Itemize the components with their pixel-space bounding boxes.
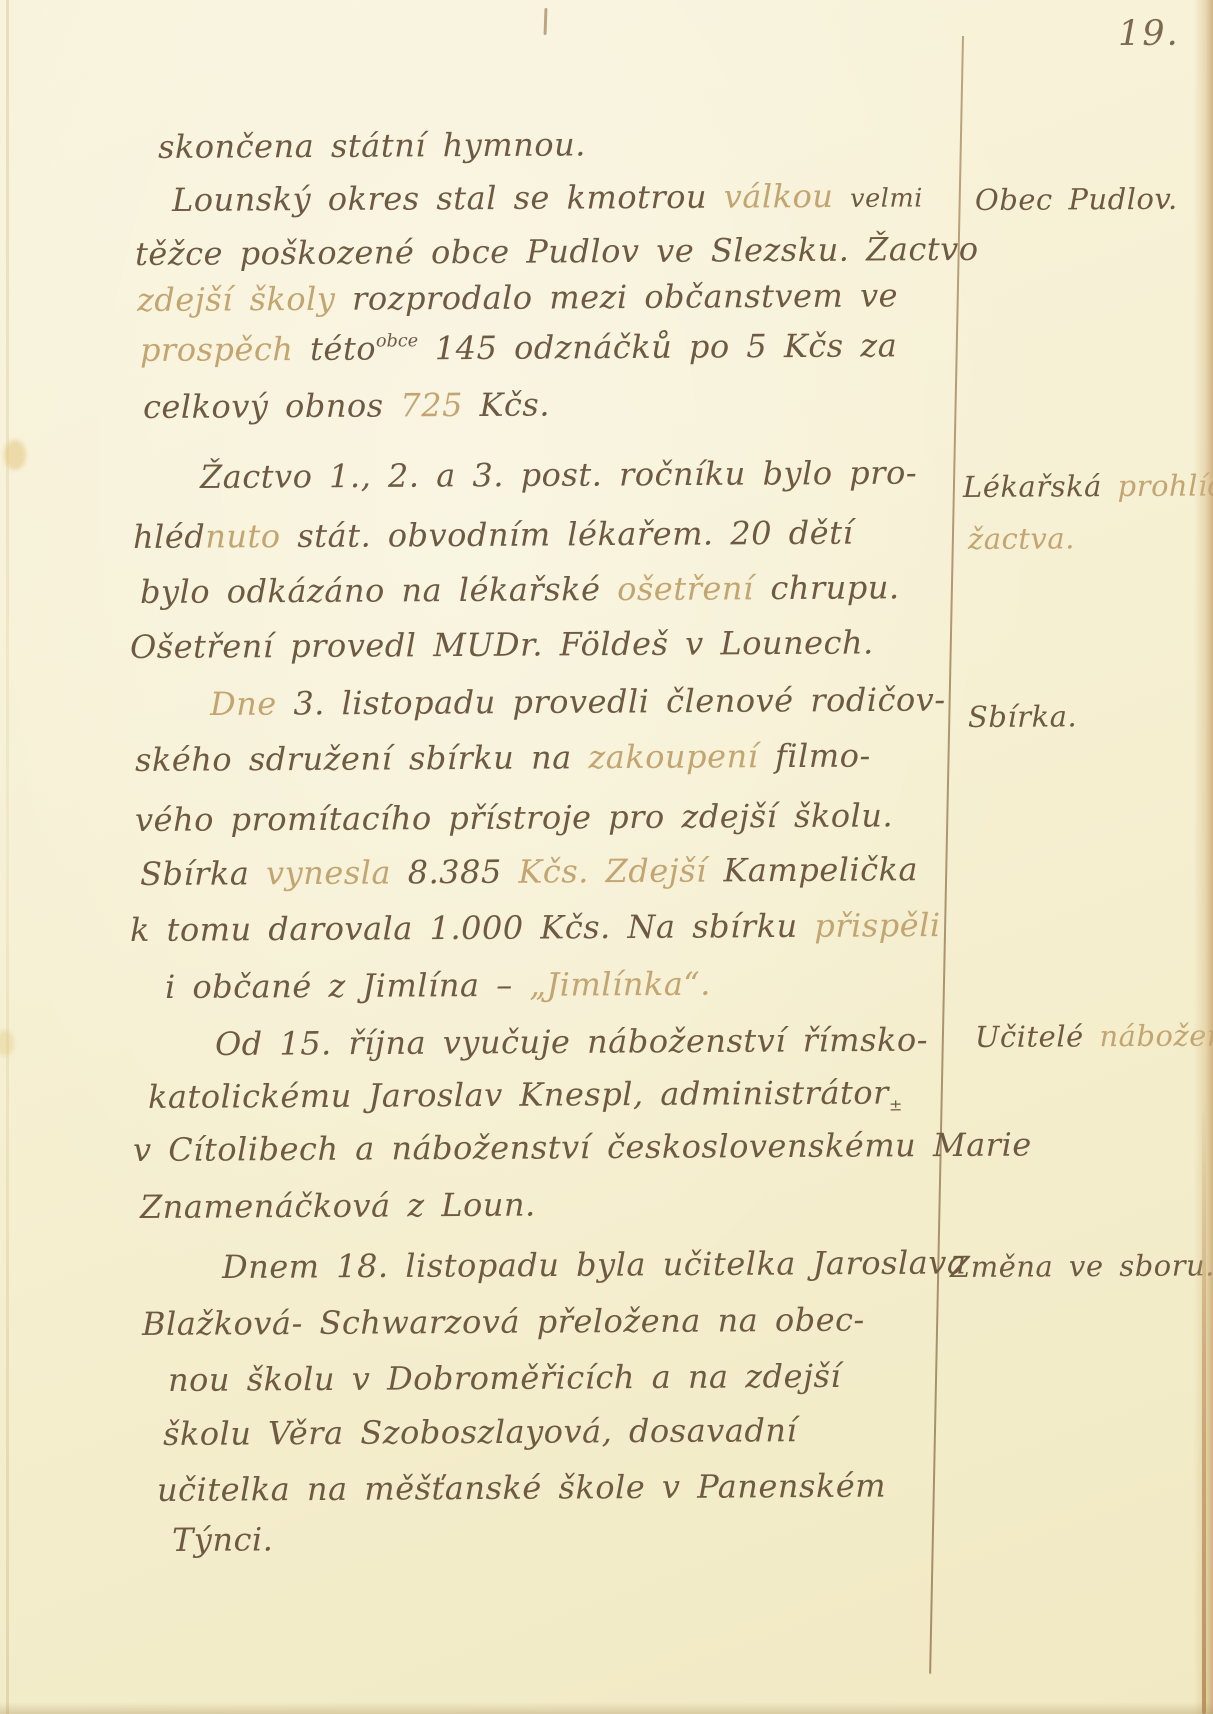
text-line: Ošetření provedl MUDr. Földeš v Lounech. bbox=[130, 623, 874, 666]
text-segment: těžce poškozené obce Pudlov ve Slezsku. … bbox=[135, 230, 979, 273]
text-segment: ošetření bbox=[617, 569, 770, 608]
text-line: ského sdružení sbírku na zakoupení filmo… bbox=[135, 737, 871, 779]
text-segment: 725 bbox=[400, 386, 479, 424]
text-segment: žactva. bbox=[968, 521, 1075, 556]
text-line: Sbírka vynesla 8.385 Kčs. Zdejší Kampeli… bbox=[140, 850, 918, 893]
text-segment: velmi bbox=[850, 183, 923, 213]
paper-left-crease bbox=[6, 0, 9, 1714]
text-segment: ského sdružení sbírku na bbox=[135, 738, 589, 779]
text-segment: Žactvo 1., 2. a 3. post. ročníku bylo pr… bbox=[200, 454, 917, 496]
text-segment: zdejší školy bbox=[137, 280, 352, 319]
text-segment: Lékařská bbox=[963, 469, 1118, 504]
text-segment: „Jimlínka“. bbox=[529, 965, 711, 1004]
text-segment: celkový obnos bbox=[143, 386, 401, 426]
text-segment: Dne bbox=[210, 684, 294, 723]
text-segment: 3. listopadu provedli členové rodičov- bbox=[293, 681, 945, 723]
text-segment: Znamenáčková z Loun. bbox=[140, 1186, 536, 1226]
text-segment: přispěli bbox=[814, 906, 941, 945]
margin-note: Sbírka. bbox=[968, 699, 1077, 734]
text-segment: filmo- bbox=[775, 737, 871, 776]
text-segment: školu Věra Szoboszlayová, dosavadní bbox=[163, 1411, 797, 1453]
text-segment: stát. obvodním lékařem. 20 dětí bbox=[297, 514, 853, 555]
text-line: hlédnuto stát. obvodním lékařem. 20 dětí bbox=[133, 514, 853, 556]
text-segment: katolickému Jaroslav Knespl, administrát… bbox=[148, 1073, 889, 1116]
text-line: bylo odkázáno na lékařské ošetření chrup… bbox=[140, 568, 900, 611]
text-line: těžce poškozené obce Pudlov ve Slezsku. … bbox=[135, 230, 979, 273]
text-segment: Od 15. října vyučuje náboženství římsko- bbox=[215, 1021, 928, 1063]
margin-note: žactva. bbox=[968, 521, 1075, 556]
text-segment: ± bbox=[889, 1096, 903, 1115]
text-line: vého promítacího přístroje pro zdejší šk… bbox=[135, 796, 893, 839]
text-line: i občané z Jimlína – „Jimlínka“. bbox=[165, 965, 711, 1006]
text-segment: 145 odznáčků po 5 Kčs za bbox=[418, 326, 897, 367]
margin-note: Změna ve sboru. bbox=[950, 1248, 1213, 1284]
text-line: k tomu darovala 1.000 Kčs. Na sbírku při… bbox=[130, 906, 941, 949]
text-line: prospěch tétoobce 145 odznáčků po 5 Kčs … bbox=[140, 326, 897, 369]
paper-stain bbox=[0, 1030, 14, 1056]
margin-rule-line bbox=[929, 36, 964, 1674]
text-line: Znamenáčková z Loun. bbox=[140, 1186, 536, 1226]
text-segment: chrupu. bbox=[770, 568, 899, 607]
text-segment: Změna ve sboru. bbox=[950, 1248, 1213, 1284]
text-segment: Ošetření provedl MUDr. Földeš v Lounech. bbox=[130, 623, 874, 666]
text-segment: Sbírka bbox=[140, 854, 266, 893]
text-segment: prospěch bbox=[140, 330, 310, 369]
text-segment: i občané z Jimlína – bbox=[165, 966, 530, 1006]
text-segment: skončena státní hymnou. bbox=[158, 125, 586, 166]
text-segment: Kčs. bbox=[479, 386, 550, 424]
next-sheet-edge bbox=[1202, 1100, 1206, 1714]
text-segment: nou školu v Dobroměřicích a na zdejší bbox=[168, 1357, 841, 1399]
text-segment: k tomu darovala 1.000 Kčs. Na sbírku bbox=[130, 907, 815, 949]
text-line: katolickému Jaroslav Knespl, administrát… bbox=[148, 1073, 903, 1116]
text-segment: rozprodalo mezi občanstvem ve bbox=[352, 276, 898, 317]
text-segment: bylo odkázáno na lékařské bbox=[140, 570, 617, 611]
margin-note: Lékařská prohlídka bbox=[963, 468, 1213, 504]
text-line: nou školu v Dobroměřicích a na zdejší bbox=[168, 1357, 841, 1399]
text-line: Od 15. října vyučuje náboženství římsko- bbox=[215, 1021, 928, 1063]
text-line: Žactvo 1., 2. a 3. post. ročníku bylo pr… bbox=[200, 454, 917, 496]
text-line: zdejší školy rozprodalo mezi občanstvem … bbox=[137, 276, 898, 319]
text-segment: 8.385 bbox=[408, 853, 519, 892]
ink-mark bbox=[544, 8, 548, 35]
text-segment: obce bbox=[376, 331, 418, 351]
text-line: Blažková- Schwarzová přeložena na obec- bbox=[142, 1301, 865, 1343]
text-segment: vynesla bbox=[266, 853, 408, 892]
text-segment: Lounský okres stal se kmotrou bbox=[172, 178, 724, 219]
text-segment: Obec Pudlov. bbox=[975, 182, 1178, 217]
text-line: v Cítolibech a náboženství československ… bbox=[133, 1126, 1032, 1169]
manuscript-page: 19. skončena státní hymnou.Lounský okres… bbox=[0, 0, 1213, 1714]
text-segment: hléd bbox=[133, 518, 205, 556]
text-line: učitelka na měšťanské škole v Panenském bbox=[157, 1467, 886, 1509]
text-segment: Sbírka. bbox=[968, 699, 1077, 734]
margin-note: Učitelé náboženství bbox=[975, 1018, 1213, 1054]
text-line: Lounský okres stal se kmotrou válkou vel… bbox=[172, 176, 923, 219]
text-segment: Kčs. bbox=[518, 852, 605, 891]
text-line: školu Věra Szoboszlayová, dosavadní bbox=[163, 1411, 797, 1453]
text-segment: Učitelé bbox=[975, 1019, 1100, 1054]
text-segment: nuto bbox=[205, 517, 297, 556]
text-segment: válkou bbox=[724, 177, 851, 216]
text-segment: učitelka na měšťanské škole v Panenském bbox=[157, 1467, 886, 1509]
text-segment: v Cítolibech a náboženství československ… bbox=[133, 1126, 1032, 1169]
text-line: Dne 3. listopadu provedli členové rodičo… bbox=[210, 681, 946, 723]
text-segment: Týnci. bbox=[172, 1520, 274, 1559]
text-segment: vého promítacího přístroje pro zdejší šk… bbox=[135, 796, 893, 839]
page-number: 19. bbox=[1118, 14, 1180, 54]
text-segment: této bbox=[310, 330, 376, 368]
text-line: Dnem 18. listopadu byla učitelka Jarosla… bbox=[222, 1243, 967, 1286]
paper-stain bbox=[4, 440, 26, 470]
text-segment: Kampelička bbox=[723, 850, 918, 889]
page-right-edge-shadow bbox=[1183, 0, 1213, 1714]
text-segment: zakoupení bbox=[588, 737, 775, 776]
text-line: celkový obnos 725 Kčs. bbox=[143, 386, 550, 426]
text-segment: Dnem 18. listopadu byla učitelka Jarosla… bbox=[222, 1243, 967, 1286]
margin-note: Obec Pudlov. bbox=[975, 182, 1178, 217]
page-bottom-edge-shadow bbox=[0, 1702, 1213, 1714]
text-line: Týnci. bbox=[172, 1520, 274, 1559]
text-segment: Blažková- Schwarzová přeložena na obec- bbox=[142, 1301, 865, 1343]
text-segment: Zdejší bbox=[605, 851, 723, 890]
text-line: skončena státní hymnou. bbox=[158, 125, 586, 166]
